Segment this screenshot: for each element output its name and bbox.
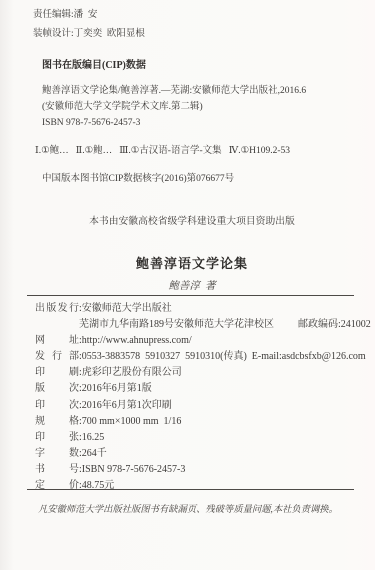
pub-label: 印刷 (35, 365, 79, 381)
pub-label: 字数 (35, 446, 79, 462)
responsible-editor-line: 责任编辑:潘 安 (33, 6, 145, 25)
pub-label: 定价 (35, 478, 79, 494)
publication-details: 出版发行:安徽师范大学出版社 芜湖市九华南路189号安徽师范大学花津校区邮政编码… (35, 301, 371, 494)
pub-label: 网址 (35, 333, 79, 349)
divider-bottom-rule (27, 489, 354, 490)
pub-row-address: 芜湖市九华南路189号安徽师范大学花津校区邮政编码:241002 (35, 317, 371, 333)
cip-isbn-line: ISBN 978-7-5676-2457-3 (42, 115, 306, 131)
cip-entry-line: 鲍善淳语文学论集/鲍善淳著.—芜湖:安徽师范大学出版社,2016.6 (42, 83, 306, 99)
book-author: 鲍善淳 著 (27, 278, 357, 293)
funding-note: 本书由安徽高校省级学科建设重大项目资助出版 (27, 213, 357, 227)
staff-credits: 责任编辑:潘 安 装帧设计:丁奕奕 欧阳显根 (33, 6, 145, 44)
cip-classification-line: Ⅰ.①鲍… Ⅱ.①鲍… Ⅲ.①古汉语-语言学-文集 Ⅳ.①H109.2-53 (35, 142, 290, 156)
pub-row-publisher: 出版发行:安徽师范大学出版社 (35, 301, 371, 317)
pub-value: 264千 (82, 448, 107, 459)
quality-replacement-note: 凡安徽师范大学出版社版图书有缺漏页、残破等质量问题,本社负责调换。 (20, 501, 356, 515)
pub-label: 印次 (35, 398, 79, 414)
pub-value: 16.25 (82, 432, 105, 443)
pub-value: 2016年6月第1版 (82, 383, 152, 394)
cip-record-number-line: 中国版本图书馆CIP数据核字(2016)第076677号 (42, 170, 234, 184)
pub-row-edition: 版次:2016年6月第1版 (35, 381, 371, 397)
binding-designer-line: 装帧设计:丁奕奕 欧阳显根 (33, 25, 145, 44)
pub-value: 700 mm×1000 mm 1/16 (82, 416, 182, 427)
pub-row-impression: 印次:2016年6月第1次印刷 (35, 398, 371, 414)
pub-value: ISBN 978-7-5676-2457-3 (82, 464, 186, 475)
pub-label: 发行部 (35, 349, 79, 365)
pub-row-printer: 印刷:虎彩印艺股份有限公司 (35, 365, 371, 381)
cip-heading: 图书在版编目(CIP)数据 (42, 56, 146, 71)
pub-label: 版次 (35, 381, 79, 397)
cip-series-line: (安徽师范大学文学院学术文库.第二辑) (42, 99, 306, 115)
postal-code: 邮政编码:241002 (298, 319, 371, 330)
pub-value: 2016年6月第1次印刷 (82, 400, 172, 411)
book-copyright-page: { "colors": { "paper": "#fbfaf8", "ink":… (0, 0, 375, 570)
pub-label: 印张 (35, 430, 79, 446)
cip-entry-block: 鲍善淳语文学论集/鲍善淳著.—芜湖:安徽师范大学出版社,2016.6 (安徽师范… (42, 83, 306, 131)
pub-value: http://www.ahnupress.com/ (82, 335, 192, 346)
pub-row-sheets: 印张:16.25 (35, 430, 371, 446)
pub-row-sales-dept: 发行部:0553-3883578 5910327 5910310(传真) E-m… (35, 349, 371, 365)
pub-label: 出版发行 (35, 301, 79, 317)
pub-value: 安徽师范大学出版社 (82, 303, 172, 314)
divider-top-rule (27, 295, 354, 296)
pub-value: 虎彩印艺股份有限公司 (82, 367, 182, 378)
pub-value: 0553-3883578 5910327 5910310(传真) E-mail:… (82, 351, 366, 362)
pub-label: 书号 (35, 462, 79, 478)
pub-row-price: 定价:48.75元 (35, 478, 371, 494)
pub-label: 规格 (35, 414, 79, 430)
pub-row-website: 网址:http://www.ahnupress.com/ (35, 333, 371, 349)
pub-value: 芜湖市九华南路189号安徽师范大学花津校区 (79, 319, 274, 330)
pub-row-isbn: 书号:ISBN 978-7-5676-2457-3 (35, 462, 371, 478)
pub-row-word-count: 字数:264千 (35, 446, 371, 462)
book-title: 鲍善淳语文学论集 (27, 253, 357, 272)
pub-row-format: 规格:700 mm×1000 mm 1/16 (35, 414, 371, 430)
